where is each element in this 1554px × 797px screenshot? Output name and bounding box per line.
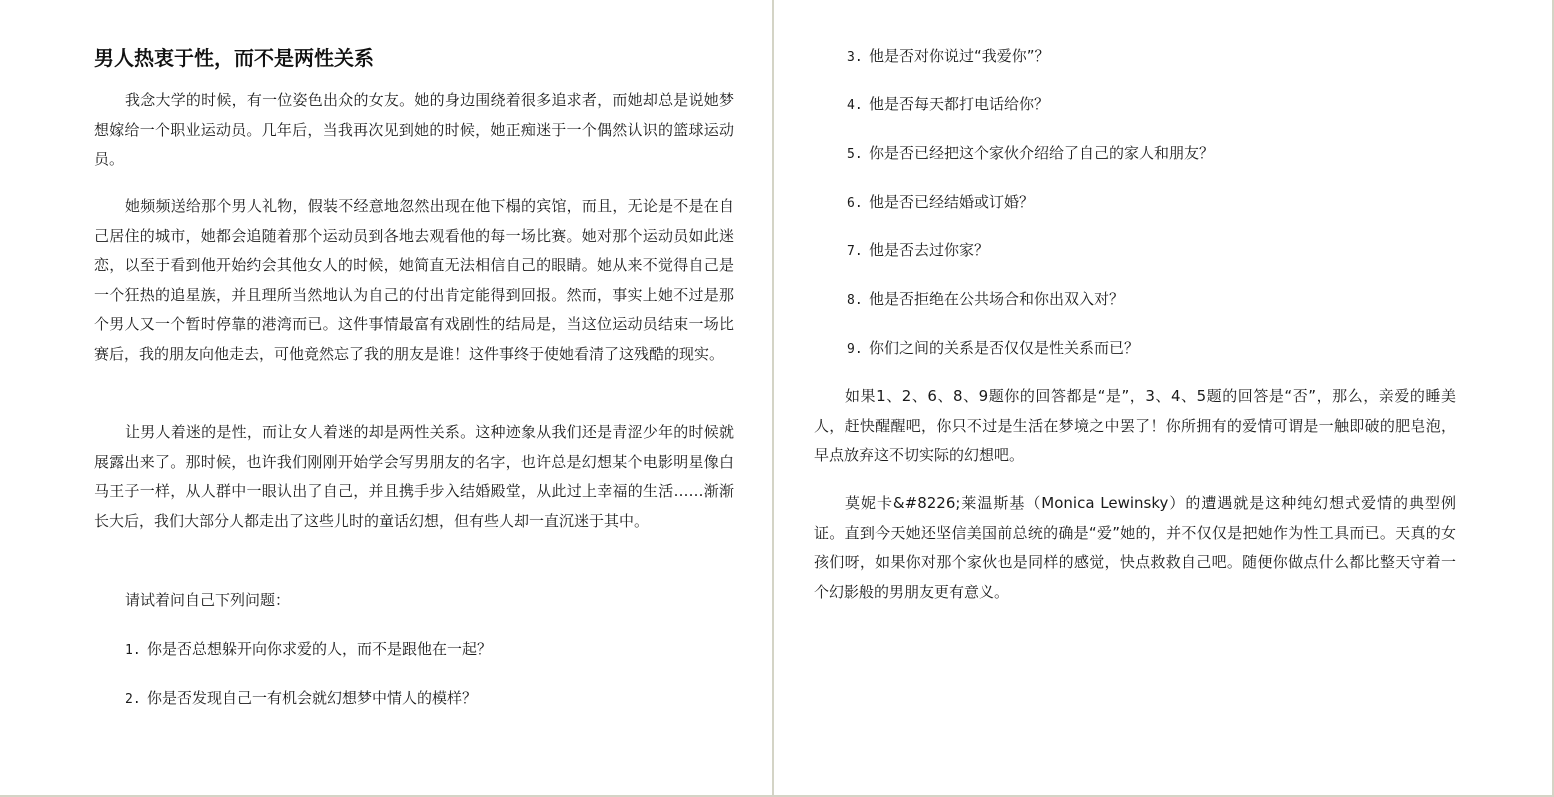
question-item: 7.他是否去过你家？ [847,240,989,262]
question-item: 4.他是否每天都打电话给你？ [847,94,1049,116]
question-text: 你们之间的关系是否仅仅是性关系而已？ [869,339,1139,357]
question-text: 你是否已经把这个家伙介绍给了自己的家人和朋友？ [869,144,1214,162]
question-number: 5. [847,145,869,165]
question-text: 你是否发现自己一有机会就幻想梦中情人的模样？ [147,689,477,707]
question-number: 8. [847,291,869,311]
question-number: 2. [125,690,147,710]
question-text: 他是否每天都打电话给你？ [869,95,1049,113]
question-number: 9. [847,340,869,360]
question-text: 他是否去过你家？ [869,241,989,259]
question-text: 你是否总想躲开向你求爱的人，而不是跟他在一起？ [147,640,492,658]
question-text: 他是否已经结婚或订婚？ [869,193,1034,211]
questions-intro: 请试着问自己下列问题： [125,590,290,610]
question-item: 3.他是否对你说过“我爱你”？ [847,46,1050,68]
question-item: 6.他是否已经结婚或订婚？ [847,192,1034,214]
question-item: 1.你是否总想躲开向你求爱的人，而不是跟他在一起？ [125,639,492,661]
paragraph: 让男人着迷的是性，而让女人着迷的却是两性关系。这种迹象从我们还是青涩少年的时候就… [94,418,734,536]
paragraph: 莫妮卡&#8226;莱温斯基（Monica Lewinsky）的遭遇就是这种纯幻… [814,489,1456,607]
chapter-title: 男人热衷于性，而不是两性关系 [94,44,374,72]
paragraph: 我念大学的时候，有一位姿色出众的女友。她的身边围绕着很多追求者，而她却总是说她梦… [94,86,734,175]
question-item: 8.他是否拒绝在公共场合和你出双入对？ [847,289,1124,311]
question-item: 9.你们之间的关系是否仅仅是性关系而已？ [847,338,1139,360]
right-page: 3.他是否对你说过“我爱你”？ 4.他是否每天都打电话给你？ 5.你是否已经把这… [776,0,1552,795]
question-text: 他是否对你说过“我爱你”？ [869,47,1050,65]
question-number: 7. [847,242,869,262]
paragraph: 如果1、2、6、8、9题你的回答都是“是”，3、4、5题的回答是“否”，那么，亲… [814,382,1456,471]
question-text: 他是否拒绝在公共场合和你出双入对？ [869,290,1124,308]
document-spread: 男人热衷于性，而不是两性关系 我念大学的时候，有一位姿色出众的女友。她的身边围绕… [0,0,1554,797]
question-number: 3. [847,48,869,68]
question-item: 5.你是否已经把这个家伙介绍给了自己的家人和朋友？ [847,143,1214,165]
paragraph: 她频频送给那个男人礼物，假装不经意地忽然出现在他下榻的宾馆，而且，无论是不是在自… [94,192,734,370]
left-page: 男人热衷于性，而不是两性关系 我念大学的时候，有一位姿色出众的女友。她的身边围绕… [0,0,774,795]
question-number: 6. [847,194,869,214]
question-number: 1. [125,641,147,661]
question-number: 4. [847,96,869,116]
question-item: 2.你是否发现自己一有机会就幻想梦中情人的模样？ [125,688,477,710]
